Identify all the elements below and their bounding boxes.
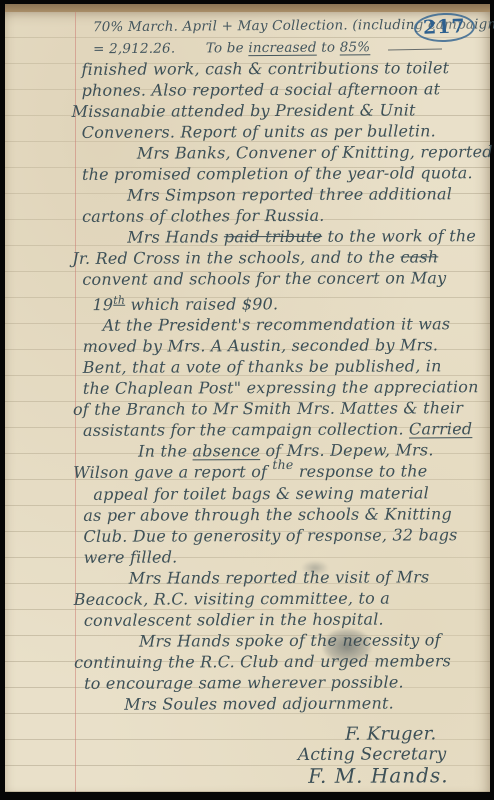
annotation-amount: = 2,912.26. [93, 41, 175, 58]
line-text: Club. Due to generosity of response, 32 … [83, 526, 457, 547]
handwritten-line: were filled. [84, 545, 486, 568]
handwritten-line: assistants for the campaign collection. … [83, 418, 485, 441]
line-text: Mrs Soules moved adjournment. [124, 694, 394, 714]
line-text: finished work, cash & contributions to t… [81, 58, 449, 79]
handwritten-signature: F. M. Hands. [85, 766, 449, 789]
handwritten-line: of the Branch to Mr Smith Mrs. Mattes & … [73, 397, 485, 420]
annotation-line: 70% March. April + May Collection. (incl… [93, 14, 443, 38]
struck-text: paid tribute [224, 227, 322, 246]
line-text: of the Branch to Mr Smith Mrs. Mattes & … [73, 399, 463, 420]
line-text: the Chaplean Post" expressing the apprec… [83, 377, 479, 398]
line-text: Beacock, R.C. visiting committee, to a [74, 589, 390, 609]
line-text: to encourage same wherever possible. [84, 673, 404, 693]
line-text: assistants for the campaign collection. [83, 420, 409, 440]
line-text: continuing the R.C. Club and urged membe… [74, 652, 451, 673]
handwritten-line: finished work, cash & contributions to t… [81, 57, 483, 80]
page-number-stamp: 217 [414, 12, 476, 43]
handwritten-line: the Chaplean Post" expressing the apprec… [83, 376, 485, 399]
line-text: F. M. Hands. [308, 764, 448, 789]
handwritten-line: moved by Mrs. A Austin, seconded by Mrs. [83, 334, 485, 357]
handwritten-line: Beacock, R.C. visiting committee, to a [74, 587, 486, 610]
handwritten-line: Mrs Banks, Convener of Knitting, reporte… [137, 141, 484, 164]
line-text: Mrs Hands [127, 227, 224, 246]
secretary-name: F. Kruger. [84, 724, 448, 747]
line-text: which raised $90. [125, 294, 278, 314]
line-text: appeal for toilet bags & sewing material [93, 484, 429, 504]
handwritten-line: to encourage same wherever possible. [84, 671, 486, 694]
annotation-underlined: 85% [340, 39, 371, 55]
handwritten-line: continuing the R.C. Club and urged membe… [74, 650, 486, 673]
line-text: Jr. Red Cross in the schools, and to the [72, 247, 400, 267]
handwritten-line: Wilson gave a report of the response to … [73, 460, 485, 484]
annotation-text: To be [206, 40, 244, 56]
handwritten-line: Mrs Simpson reported three additional [127, 183, 484, 206]
line-text: Mrs Hands reported the visit of Mrs [129, 568, 430, 588]
handwritten-line: phones. Also reported a social afternoon… [82, 78, 484, 101]
handwritten-line: convalescent soldier in the hospital. [84, 608, 486, 631]
underlined-text: Carried [409, 420, 472, 439]
ink-smudge [301, 560, 329, 576]
handwritten-line: Mrs Soules moved adjournment. [124, 692, 486, 715]
handwritten-line: At the President's recommendation it was [103, 313, 485, 336]
handwritten-line: cartons of clothes for Russia. [82, 204, 484, 227]
line-text: Conveners. Report of units as per bullet… [82, 121, 436, 142]
superscript-text: th [113, 294, 125, 307]
line-text: F. Kruger. [345, 724, 436, 745]
underlined-text: absence [192, 441, 260, 460]
line-text: 19 [92, 295, 113, 314]
line-text: moved by Mrs. A Austin, seconded by Mrs. [83, 336, 439, 357]
line-text: cartons of clothes for Russia. [82, 206, 325, 226]
handwritten-line: In the absence of Mrs. Depew, Mrs. [138, 439, 485, 462]
line-text: Bent, that a vote of thanks be published… [83, 357, 442, 378]
handwritten-line: Conveners. Report of units as per bullet… [82, 120, 484, 143]
handwritten-line: convent and schools for the concert on M… [82, 267, 484, 290]
handwritten-line: appeal for toilet bags & sewing material [93, 482, 485, 505]
handwritten-line: Mrs Hands paid tribute to the work of th… [127, 225, 484, 248]
line-text: phones. Also reported a social afternoon… [82, 79, 441, 100]
line-text: response to the [293, 462, 427, 482]
line-text: convent and schools for the concert on M… [82, 268, 446, 289]
line-text: the promised completion of the year-old … [82, 163, 473, 184]
handwritten-line: Jr. Red Cross in the schools, and to the… [72, 246, 484, 269]
line-text: Mrs Banks, Convener of Knitting, reporte… [137, 142, 493, 163]
header-annotation: 70% March. April + May Collection. (incl… [93, 14, 443, 60]
signature-block: F. Kruger. Acting Secretary F. M. Hands. [84, 723, 486, 788]
handwritten-line: as per above through the schools & Knitt… [83, 503, 485, 526]
scanned-page: 70% March. April + May Collection. (incl… [0, 0, 494, 800]
handwritten-line: Bent, that a vote of thanks be published… [83, 355, 485, 378]
line-text: Mrs Simpson reported three additional [127, 184, 452, 204]
line-text: were filled. [84, 548, 178, 567]
line-text: as per above through the schools & Knitt… [83, 505, 452, 526]
annotation-text: to [321, 40, 335, 56]
inserted-text: the [272, 454, 293, 475]
handwritten-line: the promised completion of the year-old … [82, 162, 484, 185]
handwritten-line: Mrs Hands spoke of the necessity of [139, 629, 486, 652]
line-text: Missanabie attended by President & Unit [72, 100, 416, 121]
line-text: to the work of the [322, 226, 476, 246]
line-text: Acting Secretary [298, 745, 447, 766]
line-text: Mrs Hands spoke of the necessity of [139, 631, 441, 651]
handwritten-line: 19th which raised $90. [92, 288, 484, 315]
line-text: In the [138, 442, 192, 461]
handwritten-line: Missanabie attended by President & Unit [72, 99, 484, 122]
annotation-underlined: increased [248, 40, 317, 56]
line-text: convalescent soldier in the hospital. [84, 610, 384, 630]
ink-blot [322, 628, 372, 664]
handwritten-line: Club. Due to generosity of response, 32 … [83, 524, 485, 547]
ledger-paper: 70% March. April + May Collection. (incl… [5, 12, 490, 792]
struck-text: cash [400, 247, 438, 266]
line-text: At the President's recommendation it was [103, 315, 451, 336]
line-text: Wilson gave a report of [73, 462, 272, 482]
minutes-body: finished work, cash & contributions to t… [81, 57, 486, 788]
